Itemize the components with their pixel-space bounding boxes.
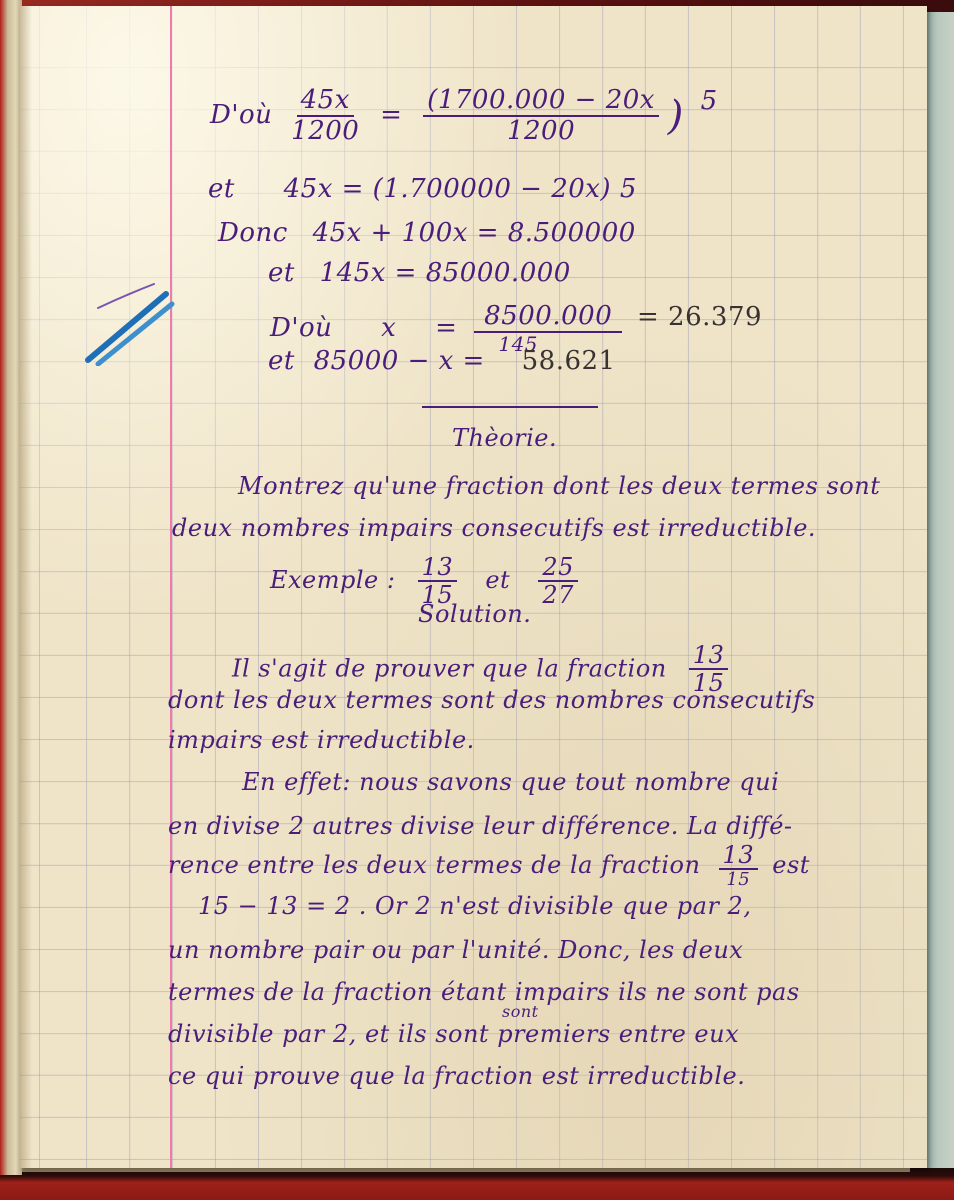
solution-line-7: 15 − 13 = 2 . Or 2 n'est divisible que p…: [198, 892, 751, 920]
fraction-denominator: 15: [726, 870, 750, 891]
solution-line-4: En effet: nous savons que tout nombre qu…: [242, 768, 779, 796]
calc-line-3-prefix: Donc: [218, 218, 288, 248]
solution-line-6-text: rence entre les deux termes de la fracti…: [168, 851, 700, 879]
fraction-denominator: 27: [542, 582, 574, 610]
fraction-numerator: (1700.000 − 20x: [423, 86, 659, 117]
calc-line-4-expr: 145x = 85000.000: [320, 258, 571, 288]
closing-paren: ): [668, 93, 684, 139]
page-fold-edge: [20, 6, 32, 1168]
calc-line-2: et 45x = (1.700000 − 20x) 5: [208, 174, 637, 204]
theory-heading: Thèorie.: [452, 424, 557, 452]
solution-line-6-fraction: 13 15: [719, 842, 759, 891]
fraction-numerator: 25: [538, 554, 578, 582]
inserted-word-correction: sont: [502, 1002, 539, 1021]
solution-line-6-suffix: est: [772, 851, 810, 879]
notebook-binding: [0, 0, 22, 1175]
theory-prompt-line-2: deux nombres impairs consecutifs est irr…: [172, 514, 816, 542]
teacher-check-mark-icon: [68, 276, 178, 366]
calc-line-6-prefix: et: [268, 346, 295, 376]
solution-line-9: termes de la fraction étant impairs ils …: [168, 978, 800, 1006]
calc-line-6-result: 58.621: [522, 346, 616, 376]
calc-line-5-lhs: x: [381, 313, 396, 343]
fraction-denominator: 1200: [507, 117, 575, 147]
solution-line-10: divisible par 2, et ils sont premiers en…: [168, 1020, 739, 1048]
solution-line-5: en divise 2 autres divise leur différenc…: [168, 812, 793, 840]
equals-sign: =: [435, 313, 457, 343]
calc-line-4: et 145x = 85000.000: [268, 258, 571, 288]
calc-line-2-expr: 45x = (1.700000 − 20x) 5: [284, 174, 637, 204]
calc-line-6-expr: 85000 − x =: [314, 346, 485, 376]
calc-line-5-prefix: D'où: [270, 313, 332, 343]
calc-line-1: D'où 45x 1200 = (1700.000 − 20x 1200 ) 5: [210, 86, 718, 146]
example-label: Exemple :: [270, 566, 395, 594]
fraction-numerator: 13: [418, 554, 458, 582]
fraction-numerator: 45x: [297, 86, 354, 117]
solution-line-8: un nombre pair ou par l'unité. Donc, les…: [168, 936, 743, 964]
calc-line-5-result: = 26.379: [637, 302, 762, 332]
solution-line-11: ce qui prouve que la fraction est irredu…: [168, 1062, 745, 1090]
notebook-page: D'où 45x 1200 = (1700.000 − 20x 1200 ) 5…: [20, 6, 927, 1168]
calc-line-2-prefix: et: [208, 174, 235, 204]
solution-line-6: rence entre les deux termes de la fracti…: [168, 842, 810, 891]
solution-heading: Solution.: [418, 600, 531, 628]
fraction-numerator: 13: [719, 842, 759, 870]
notebook-cover-bottom: [0, 1168, 954, 1200]
example-fraction-2: 25 27: [538, 554, 578, 610]
solution-line-3: impairs est irreductible.: [168, 726, 475, 754]
calc-line-6: et 85000 − x = 58.621: [268, 346, 616, 376]
multiplier: 5: [701, 86, 718, 116]
calc-line-3-expr: 45x + 100x = 8.500000: [313, 218, 636, 248]
solution-line-2: dont les deux termes sont des nombres co…: [168, 686, 815, 714]
theory-prompt-line-1: Montrez qu'une fraction dont les deux te…: [238, 472, 880, 500]
page-shadow-right: [927, 12, 954, 1172]
calc-line-4-prefix: et: [268, 258, 295, 288]
fraction-numerator: 13: [689, 642, 729, 670]
calc-line-3: Donc 45x + 100x = 8.500000: [218, 218, 636, 248]
equals-sign: =: [380, 100, 402, 130]
fraction-numerator: 8500.000: [474, 302, 622, 333]
fraction-denominator: 1200: [291, 117, 359, 147]
calc-line-1-rhs-fraction: (1700.000 − 20x 1200: [423, 86, 659, 146]
calc-line-1-lhs-fraction: 45x 1200: [291, 86, 359, 146]
section-divider: [422, 406, 598, 408]
calc-line-1-prefix: D'où: [210, 100, 272, 130]
solution-line-1-text: Il s'agit de prouver que la fraction: [232, 654, 667, 682]
example-joiner: et: [485, 566, 510, 594]
